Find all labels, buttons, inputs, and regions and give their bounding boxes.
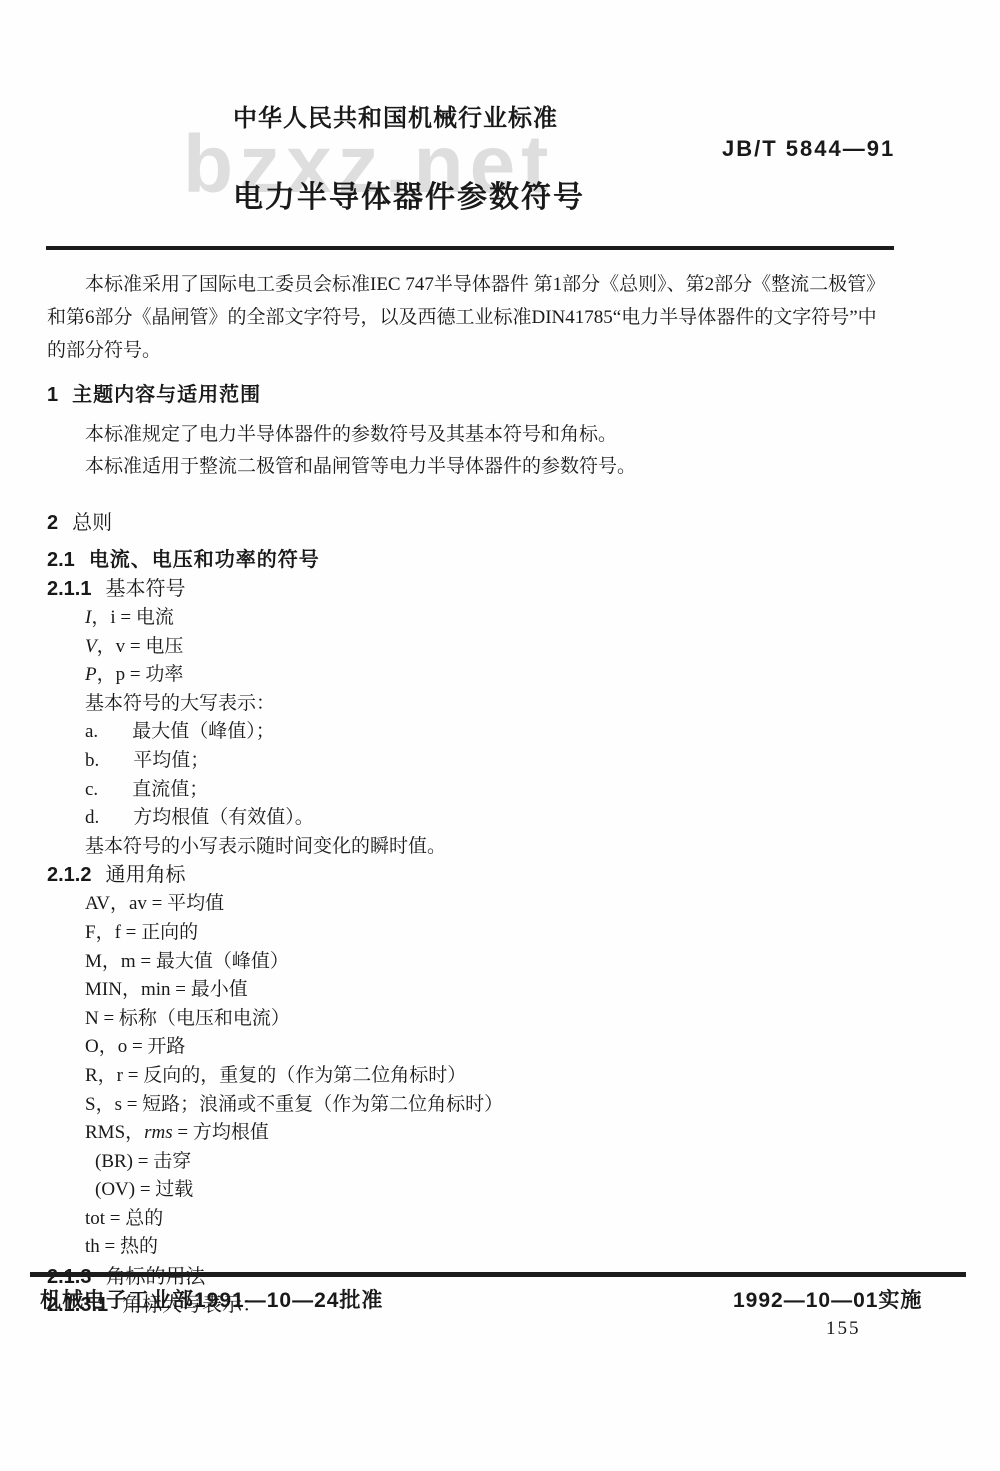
standard-org-line: 中华人民共和国机械行业标准	[233, 98, 558, 133]
intro-line: 的部分符号。	[47, 334, 893, 367]
section-title: 通用角标	[105, 864, 185, 886]
section-number: 2.1	[47, 549, 75, 571]
section-2-1-2-heading: 2.1.2通用角标	[47, 861, 893, 890]
list-item: b.平均值；	[85, 747, 893, 776]
subscript-list: AV，av = 平均值 F，f = 正向的 M，m = 最大值（峰值） MIN，…	[85, 890, 893, 1262]
subscript-line: RMS，rms = 方均根值	[85, 1119, 893, 1148]
section-2-heading: 2总则	[47, 509, 893, 537]
page-number: 155	[826, 1318, 861, 1340]
section-1-paragraphs: 本标准规定了电力半导体器件的参数符号及其基本符号和角标。 本标准适用于整流二极管…	[47, 419, 893, 483]
uppercase-note: 基本符号的大写表示：	[85, 690, 893, 719]
footer-rule	[30, 1272, 966, 1277]
symbol-text: ，p = 功率	[97, 664, 184, 685]
symbol-text: = 方均根值	[173, 1122, 269, 1143]
header-rule	[46, 246, 894, 250]
symbol-italic: V	[85, 636, 97, 657]
lowercase-note: 基本符号的小写表示随时间变化的瞬时值。	[85, 833, 893, 862]
item-text: 直流值；	[132, 779, 208, 800]
symbol-text: ，v = 电压	[97, 636, 184, 657]
section-number: 1	[47, 384, 58, 406]
symbol-line: P，p = 功率	[85, 661, 893, 690]
list-item: d.方均根值（有效值）。	[85, 804, 893, 833]
basic-symbol-list: I，i = 电流 V，v = 电压 P，p = 功率 基本符号的大写表示： a.…	[85, 604, 893, 861]
list-item: a.最大值（峰值）；	[85, 718, 893, 747]
subscript-line: O，o = 开路	[85, 1033, 893, 1062]
item-label: a.	[85, 721, 98, 742]
item-text: 最大值（峰值）；	[132, 721, 275, 742]
subscript-line: AV，av = 平均值	[85, 890, 893, 919]
paragraph: 本标准规定了电力半导体器件的参数符号及其基本符号和角标。	[47, 419, 893, 451]
subscript-line: th = 热的	[85, 1233, 893, 1262]
intro-line: 和第6部分《晶闸管》的全部文字符号，以及西德工业标准DIN41785“电力半导体…	[47, 301, 893, 334]
symbol-italic: rms	[144, 1122, 173, 1143]
symbol-italic: P	[85, 664, 97, 685]
symbol-text: (OV) = 过载	[95, 1179, 193, 1200]
paragraph: 本标准适用于整流二极管和晶闸管等电力半导体器件的参数符号。	[47, 451, 893, 483]
subscript-line: M，m = 最大值（峰值）	[85, 948, 893, 977]
subscript-line: MIN，min = 最小值	[85, 976, 893, 1005]
item-label: c.	[85, 779, 98, 800]
standard-number: JB/T 5844—91	[722, 136, 895, 162]
section-title: 总则	[72, 512, 112, 534]
subscript-line: R，r = 反向的，重复的（作为第二位角标时）	[85, 1062, 893, 1091]
symbol-line: V，v = 电压	[85, 633, 893, 662]
list-item: c.直流值；	[85, 776, 893, 805]
subscript-line: F，f = 正向的	[85, 919, 893, 948]
section-number: 2.1.2	[47, 864, 91, 886]
section-2-1-heading: 2.1电流、电压和功率的符号	[47, 545, 893, 575]
subscript-line: N = 标称（电压和电流）	[85, 1005, 893, 1034]
item-text: 平均值；	[133, 750, 209, 771]
section-1-heading: 1主题内容与适用范围	[47, 381, 893, 409]
section-title: 基本符号	[105, 578, 185, 600]
symbol-text: ，i = 电流	[91, 607, 174, 628]
document-title: 电力半导体器件参数符号	[233, 172, 585, 216]
section-title: 电流、电压和功率的符号	[89, 549, 320, 571]
section-number: 2.1.1	[47, 578, 91, 600]
section-number: 2	[47, 512, 58, 534]
section-2-1-1-heading: 2.1.1基本符号	[47, 575, 893, 604]
document-page: bzxz.net 中华人民共和国机械行业标准 JB/T 5844—91 电力半导…	[0, 0, 1000, 1471]
implementation-line: 1992—10—01实施	[733, 1284, 922, 1314]
subscript-line: tot = 总的	[85, 1205, 893, 1234]
item-label: b.	[85, 750, 99, 771]
approval-line: 机械电子工业部1991—10—24批准	[40, 1284, 383, 1314]
section-title: 主题内容与适用范围	[72, 384, 261, 406]
subscript-line: (OV) = 过载	[85, 1176, 893, 1205]
subscript-line: S，s = 短路；浪涌或不重复（作为第二位角标时）	[85, 1091, 893, 1120]
intro-line: 本标准采用了国际电工委员会标准IEC 747半导体器件 第1部分《总则》、第2部…	[47, 268, 893, 301]
symbol-line: I，i = 电流	[85, 604, 893, 633]
subscript-line: (BR) = 击穿	[85, 1148, 893, 1177]
document-body: 本标准采用了国际电工委员会标准IEC 747半导体器件 第1部分《总则》、第2部…	[47, 268, 893, 1319]
symbol-text: RMS，	[85, 1122, 144, 1143]
item-label: d.	[85, 807, 99, 828]
item-text: 方均根值（有效值）。	[133, 807, 314, 828]
symbol-text: (BR) = 击穿	[95, 1151, 191, 1172]
